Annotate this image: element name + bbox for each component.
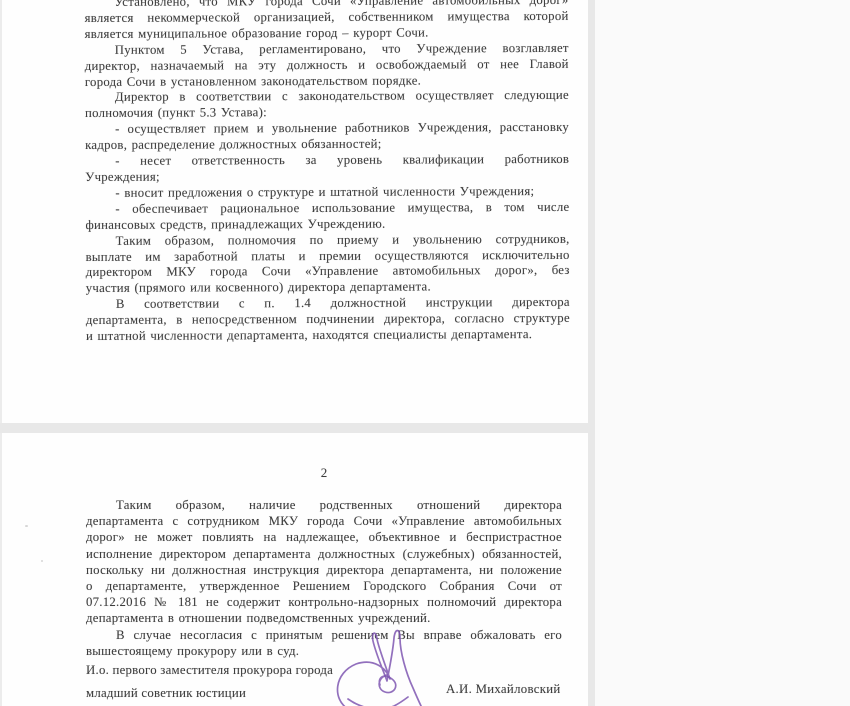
text-line: Директор в соответствии с законодательст…	[85, 88, 569, 106]
text-line: и штатной численности департамента, нахо…	[86, 327, 570, 345]
text-line: является некоммерческой организацией, со…	[85, 9, 569, 27]
text-line: Таким образом, полномочия по приему и ув…	[86, 231, 570, 249]
page-edge-divider	[588, 0, 595, 706]
handwritten-signature-icon	[324, 613, 449, 706]
text-line: директор, назначаемый на эту должность и…	[85, 57, 569, 75]
scan-speck	[41, 560, 43, 562]
scan-speck	[25, 525, 28, 527]
text-line: Пунктом 5 Устава, регламентировано, что …	[85, 41, 569, 59]
document-viewer[interactable]: Установлено, что МКУ города Сочи «Управл…	[0, 0, 850, 706]
text-line: департамента с сотрудником МКУ города Со…	[86, 513, 562, 529]
text-line: - осуществляет прием и увольнение работн…	[85, 120, 569, 138]
text-line: о департаменте, утвержденное Решением Го…	[86, 578, 562, 594]
signer-name: А.И. Михайловский	[446, 682, 561, 697]
text-line: поскольку ни должностная инструкция дире…	[86, 562, 562, 578]
text-line: Таким образом, наличие родственных отнош…	[86, 497, 562, 513]
closing-position-line-2: младший советник юстиции	[86, 686, 246, 701]
page-gap	[0, 423, 588, 433]
text-line: 07.12.2016 № 181 не содержит контрольно-…	[86, 594, 562, 610]
text-line: директором МКУ города Сочи «Управление а…	[86, 263, 570, 281]
text-line: дорог» не может повлиять на надлежащее, …	[86, 529, 562, 545]
page-1-text-block: Установлено, что МКУ города Сочи «Управл…	[84, 0, 570, 345]
text-line: - вносит предложения о структуре и штатн…	[85, 184, 569, 202]
document-page-1: Установлено, что МКУ города Сочи «Управл…	[2, 0, 588, 423]
page-number: 2	[86, 465, 562, 481]
closing-position-line-1: И.о. первого заместителя прокурора город…	[86, 663, 333, 678]
text-line: - несет ответственность за уровень квали…	[85, 152, 569, 170]
text-line: исполнение директором департамента должн…	[86, 546, 562, 562]
document-page-2: 2 Таким образом, наличие родственных отн…	[2, 433, 588, 706]
text-line: - обеспечивает рациональное использовани…	[85, 200, 569, 218]
